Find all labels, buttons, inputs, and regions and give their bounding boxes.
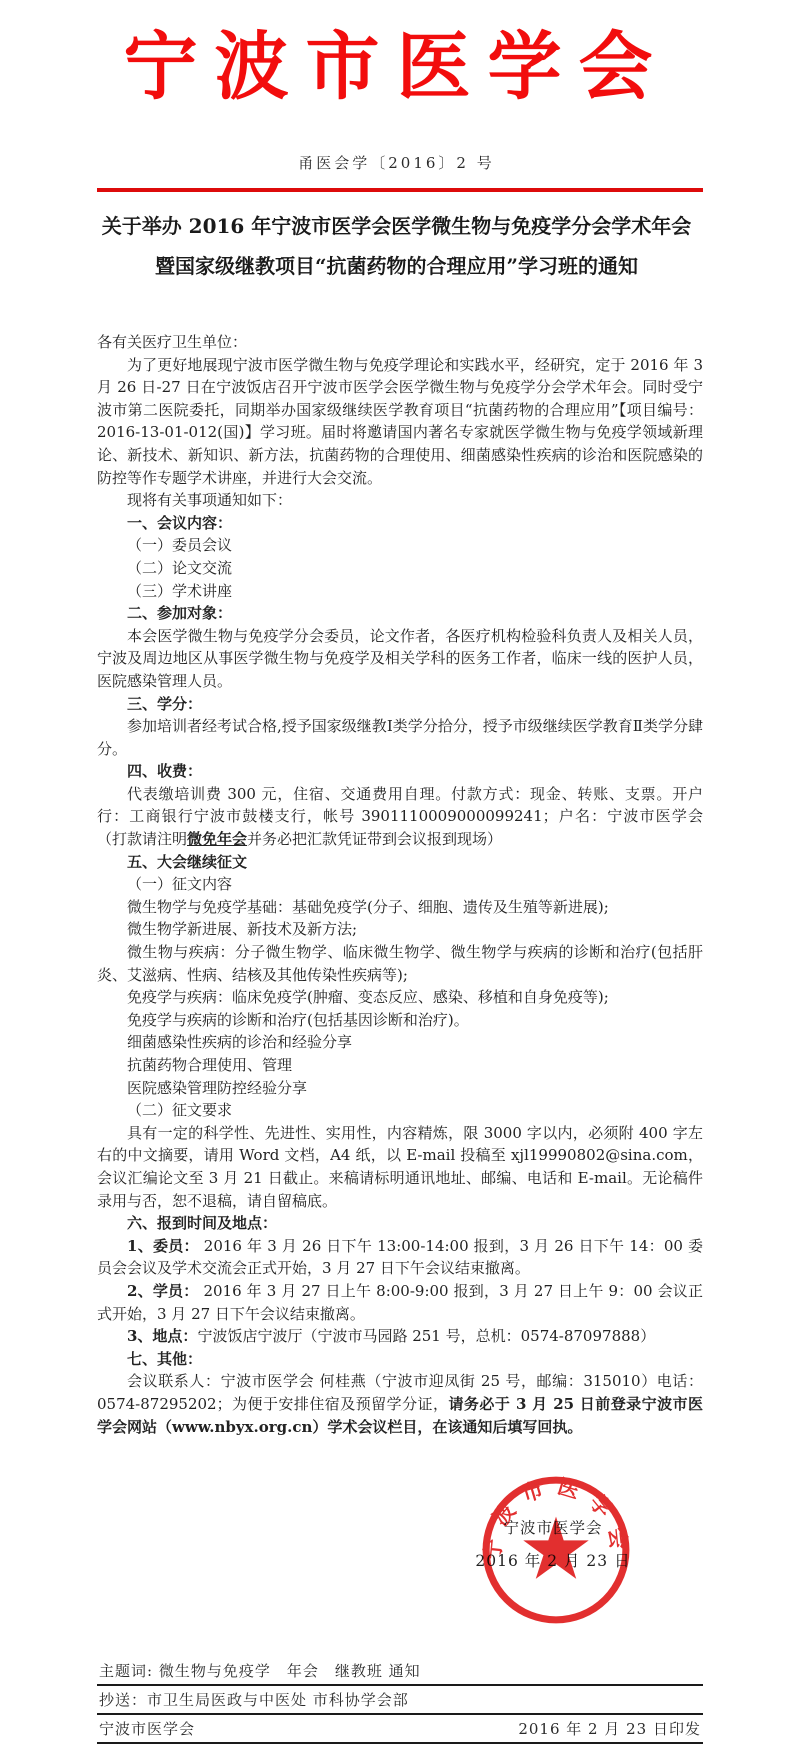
- text-segment: （二）征文要求: [127, 1101, 232, 1119]
- emphasis-text: 五、大会继续征文: [127, 853, 247, 871]
- paragraph: 微生物与疾病：分子微生物学、临床微生物学、微生物学与疾病的诊断和治疗(包括肝炎、…: [97, 941, 703, 986]
- text-segment: 各有关医疗卫生单位：: [97, 333, 247, 351]
- text-segment: 微生物学与免疫学基础：基础免疫学(分子、细胞、遗传及生殖等新进展);: [127, 898, 609, 916]
- emphasis-text: 3、地点：: [127, 1327, 197, 1345]
- paragraph: 微生物学与免疫学基础：基础免疫学(分子、细胞、遗传及生殖等新进展);: [97, 896, 703, 919]
- paragraph: 四、收费：: [97, 760, 703, 783]
- text-segment: （一）征文内容: [127, 875, 232, 893]
- text-segment: 医院感染管理防控经验分享: [127, 1079, 307, 1097]
- text-segment: （二）论文交流: [127, 559, 232, 577]
- footer-row: 宁波市医学会2016 年 2 月 23 日印发: [97, 1716, 703, 1744]
- paragraph: 三、学分：: [97, 693, 703, 716]
- body-paragraphs: 各有关医疗卫生单位：为了更好地展现宁波市医学微生物与免疫学理论和实践水平，经研究…: [97, 331, 703, 1438]
- paragraph: 抗菌药物合理使用、管理: [97, 1054, 703, 1077]
- text-segment: 免疫学与疾病：临床免疫学(肿瘤、变态反应、感染、移植和自身免疫等);: [127, 988, 609, 1006]
- paragraph: 免疫学与疾病的诊断和治疗(包括基因诊断和治疗)。: [97, 1009, 703, 1032]
- text-segment: 为了更好地展现宁波市医学微生物与免疫学理论和实践水平，经研究，定于 2016 年…: [97, 356, 703, 487]
- paragraph: 六、报到时间及地点：: [97, 1212, 703, 1235]
- paragraph: 医院感染管理防控经验分享: [97, 1077, 703, 1100]
- paragraph: 二、参加对象：: [97, 602, 703, 625]
- paragraph: （二）论文交流: [97, 557, 703, 580]
- text-segment: 免疫学与疾病的诊断和治疗(包括基因诊断和治疗)。: [127, 1011, 469, 1029]
- notice-title-line1: 关于举办 2016 年宁波市医学会医学微生物与免疫学分会学术年会: [50, 206, 743, 246]
- paragraph: 代表缴培训费 300 元，住宿、交通费用自理。付款方式：现金、转账、支票。开户行…: [97, 783, 703, 851]
- notice-title: 关于举办 2016 年宁波市医学会医学微生物与免疫学分会学术年会 暨国家级继教项…: [50, 206, 743, 286]
- text-segment: 抗菌药物合理使用、管理: [127, 1056, 292, 1074]
- emphasis-text: 四、收费：: [127, 762, 202, 780]
- paragraph: 微生物学新进展、新技术及新方法;: [97, 918, 703, 941]
- footer-left-text: 抄送：市卫生局医政与中医处 市科协学会部: [99, 1689, 409, 1710]
- emphasis-text: 2、学员：: [127, 1282, 198, 1300]
- paragraph: 参加培训者经考试合格,授予国家级继教Ⅰ类学分拾分，授予市级继续医学教育Ⅱ类学分肆…: [97, 715, 703, 760]
- text-segment: （三）学术讲座: [127, 582, 232, 600]
- paragraph: 会议联系人：宁波市医学会 何桂燕（宁波市迎凤街 25 号，邮编：315010）电…: [97, 1370, 703, 1438]
- text-segment: 现将有关事项通知如下：: [127, 491, 292, 509]
- footer-row: 抄送：市卫生局医政与中医处 市科协学会部: [97, 1687, 703, 1715]
- red-divider-rule: [97, 188, 703, 192]
- emphasis-text: 三、学分：: [127, 695, 202, 713]
- emphasis-text: 微免年会: [187, 830, 247, 848]
- paragraph: 七、其他：: [97, 1348, 703, 1371]
- text-segment: 具有一定的科学性、先进性、实用性，内容精炼，限 3000 字以内，必须附 400…: [97, 1124, 703, 1210]
- paragraph: （一）委员会议: [97, 534, 703, 557]
- paragraph: （三）学术讲座: [97, 580, 703, 603]
- paragraph: （一）征文内容: [97, 873, 703, 896]
- paragraph: 为了更好地展现宁波市医学微生物与免疫学理论和实践水平，经研究，定于 2016 年…: [97, 354, 703, 490]
- emphasis-text: 二、参加对象：: [127, 604, 232, 622]
- paragraph: 一、会议内容：: [97, 512, 703, 535]
- footer-left-text: 宁波市医学会: [99, 1718, 195, 1739]
- seal-star-icon: [523, 1517, 588, 1579]
- document-page: 宁波市医学会 甬医会学〔2016〕2 号 关于举办 2016 年宁波市医学会医学…: [0, 0, 793, 1753]
- text-segment: 并务必把汇款凭证带到会议报到现场）: [247, 830, 502, 848]
- footer-rows: 主题词: 微生物与免疫学 年会 继教班 通知抄送：市卫生局医政与中医处 市科协学…: [97, 1658, 703, 1745]
- text-segment: 微生物学新进展、新技术及新方法;: [127, 920, 357, 938]
- paragraph: 3、地点：宁波饭店宁波厅（宁波市马园路 251 号，总机：0574-870978…: [97, 1325, 703, 1348]
- text-segment: （一）委员会议: [127, 536, 232, 554]
- paragraph: 各有关医疗卫生单位：: [97, 331, 703, 354]
- official-seal: 宁波市医学会: [477, 1471, 635, 1629]
- document-number: 甬医会学〔2016〕2 号: [0, 152, 793, 173]
- text-segment: 参加培训者经考试合格,授予国家级继教Ⅰ类学分拾分，授予市级继续医学教育Ⅱ类学分肆…: [97, 717, 703, 758]
- letterhead-title: 宁波市医学会: [0, 8, 793, 114]
- paragraph: 五、大会继续征文: [97, 851, 703, 874]
- notice-title-line2: 暨国家级继教项目“抗菌药物的合理应用”学习班的通知: [50, 246, 743, 286]
- paragraph: （二）征文要求: [97, 1099, 703, 1122]
- paragraph: 本会医学微生物与免疫学分会委员，论文作者，各医疗机构检验科负责人及相关人员，宁波…: [97, 625, 703, 693]
- paragraph: 具有一定的科学性、先进性、实用性，内容精炼，限 3000 字以内，必须附 400…: [97, 1122, 703, 1212]
- footer-right-text: 2016 年 2 月 23 日印发: [518, 1718, 701, 1739]
- emphasis-text: 1、委员：: [127, 1237, 199, 1255]
- text-segment: 微生物与疾病：分子微生物学、临床微生物学、微生物学与疾病的诊断和治疗(包括肝炎、…: [97, 943, 703, 984]
- paragraph: 1、委员： 2016 年 3 月 26 日下午 13:00-14:00 报到，3…: [97, 1235, 703, 1280]
- paragraph: 免疫学与疾病：临床免疫学(肿瘤、变态反应、感染、移植和自身免疫等);: [97, 986, 703, 1009]
- text-segment: 宁波饭店宁波厅（宁波市马园路 251 号，总机：0574-87097888）: [197, 1327, 655, 1345]
- emphasis-text: 六、报到时间及地点：: [127, 1214, 277, 1232]
- footer-row: 主题词: 微生物与免疫学 年会 继教班 通知: [97, 1658, 703, 1686]
- footer-left-text: 主题词: 微生物与免疫学 年会 继教班 通知: [99, 1660, 421, 1681]
- paragraph: 2、学员： 2016 年 3 月 27 日上午 8:00-9:00 报到，3 月…: [97, 1280, 703, 1325]
- paragraph: 细菌感染性疾病的诊治和经验分享: [97, 1031, 703, 1054]
- text-segment: 细菌感染性疾病的诊治和经验分享: [127, 1033, 352, 1051]
- paragraph: 现将有关事项通知如下：: [97, 489, 703, 512]
- text-segment: 本会医学微生物与免疫学分会委员，论文作者，各医疗机构检验科负责人及相关人员，宁波…: [97, 627, 703, 690]
- emphasis-text: 七、其他：: [127, 1350, 202, 1368]
- emphasis-text: 一、会议内容：: [127, 514, 232, 532]
